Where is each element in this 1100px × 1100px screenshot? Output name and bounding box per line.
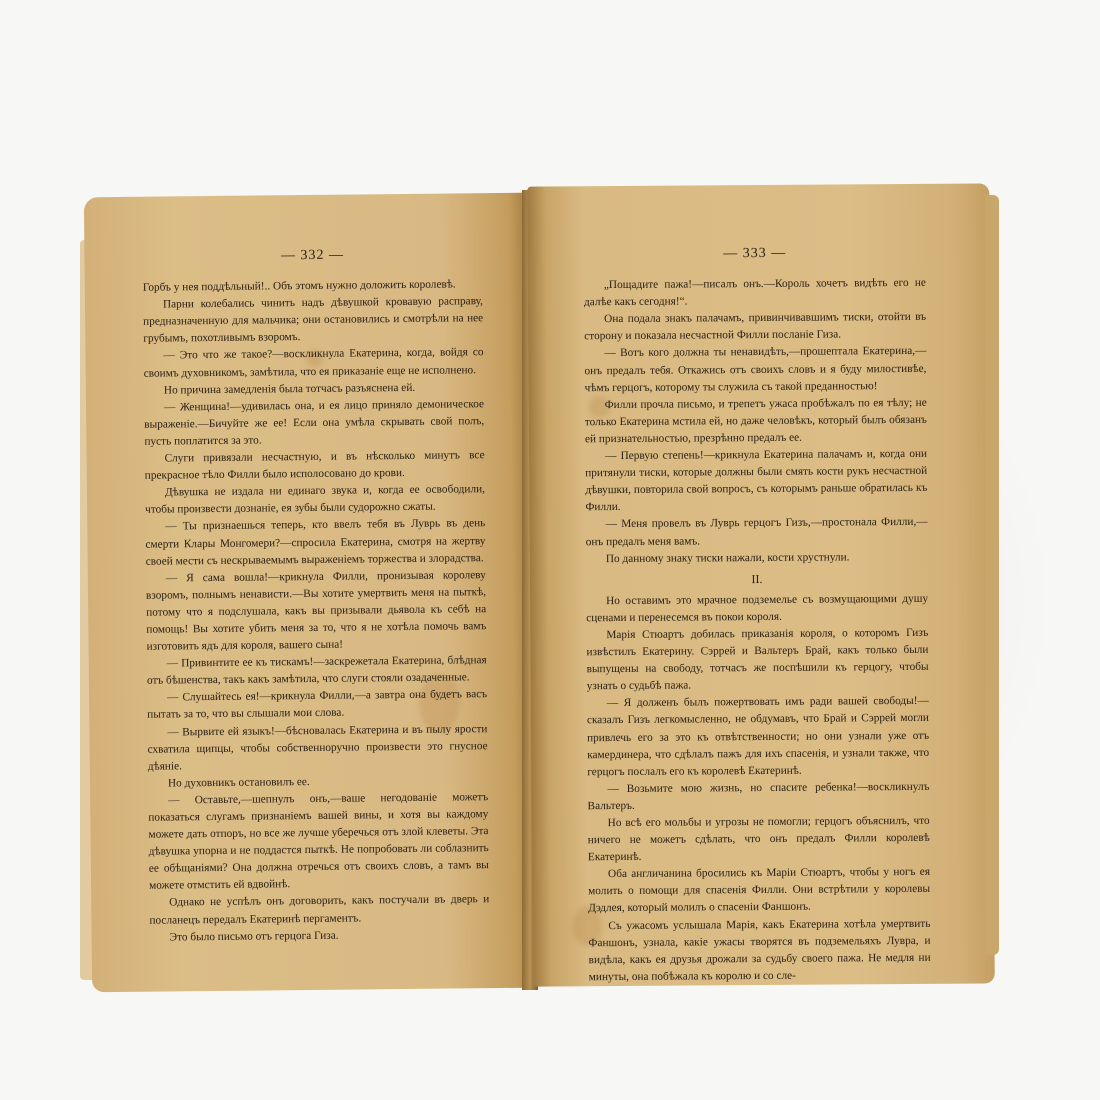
page-number: — 333 —	[584, 244, 926, 263]
paragraph: Слуги привязали несчастную, и въ нѣсколь…	[145, 447, 485, 485]
paragraph: Филли прочла письмо, и трепетъ ужаса про…	[585, 395, 927, 449]
paragraph: „Пощадите пажа!—писалъ онъ.—Король хочет…	[584, 275, 926, 312]
right-page-text: — 333 — „Пощадите пажа!—писалъ онъ.—Коро…	[584, 244, 931, 986]
left-page: — 332 — Горбъ у нея поддѣльный!.. Объ эт…	[84, 193, 534, 993]
paragraph: Парни колебались чинить надъ дѣвушкой кр…	[143, 293, 484, 348]
paragraph: — Женщина!—удивилась она, и ея лицо прин…	[144, 396, 485, 451]
paragraph: Это было письмо отъ герцога Гиза.	[150, 926, 490, 947]
paragraph: Дѣвушка не издала ни единаго звука и, ко…	[145, 481, 485, 519]
paragraph: — Первую степень!—крикнула Екатерина пал…	[585, 446, 927, 517]
paragraph: — Привинтите ее къ тискамъ!—заскрежетала…	[147, 652, 487, 690]
right-page: — 333 — „Пощадите пажа!—писалъ онъ.—Коро…	[527, 183, 995, 986]
paragraph: — Вырвите ей языкъ!—бѣсновалась Екатерин…	[147, 721, 488, 776]
section-heading: II.	[586, 570, 928, 589]
paragraph: Но всѣ его мольбы и угрозы не помогли; г…	[588, 813, 930, 867]
paragraph: — Оставьте,—шепнулъ онъ,—ваше негодованi…	[148, 789, 489, 895]
paragraph: — Ты признаешься теперь, кто ввелъ тебя …	[145, 516, 486, 571]
paragraph: Однако не успѣлъ онъ договорить, какъ по…	[149, 892, 489, 930]
paragraph: — Это что же такое?—воскликнула Екатерин…	[143, 345, 483, 383]
left-page-text: — 332 — Горбъ у нея поддѣльный!.. Объ эт…	[142, 245, 489, 946]
page-number: — 332 —	[142, 245, 482, 266]
paragraph: По данному знаку тиски нажали, кости хру…	[586, 548, 928, 567]
paragraph: — Меня провелъ въ Луврь герцогъ Гизъ,—пр…	[586, 514, 928, 551]
right-page-paragraphs: „Пощадите пажа!—писалъ онъ.—Король хочет…	[584, 275, 931, 986]
paragraph: Оба англичанина бросились къ Марiи Стюар…	[588, 864, 930, 918]
paragraph: — Я долженъ былъ пожертвовать имъ ради в…	[587, 693, 930, 781]
left-page-paragraphs: Горбъ у нея поддѣльный!.. Объ этомъ нужн…	[143, 276, 490, 946]
paragraph: Съ ужасомъ услышала Марiя, какъ Екатерин…	[588, 915, 930, 986]
page-edges-right	[985, 195, 999, 955]
paragraph: — Слушайтесь ея!—крикнула Филли,—а завтр…	[147, 686, 487, 724]
paragraph: — Возьмите мою жизнь, но спасите ребенка…	[587, 779, 929, 816]
paragraph: — Вотъ кого должна ты ненавидѣть,—прошеп…	[584, 343, 926, 397]
paragraph: Она подала знакъ палачамъ, привинчивавши…	[584, 309, 926, 346]
paragraph: — Я сама вошла!—крикнула Филли, пронизыв…	[146, 567, 487, 656]
paragraph: Но оставимъ это мрачное подземелье съ во…	[586, 591, 928, 628]
paragraph: Марiя Стюартъ добилась приказанiя короля…	[586, 625, 928, 696]
